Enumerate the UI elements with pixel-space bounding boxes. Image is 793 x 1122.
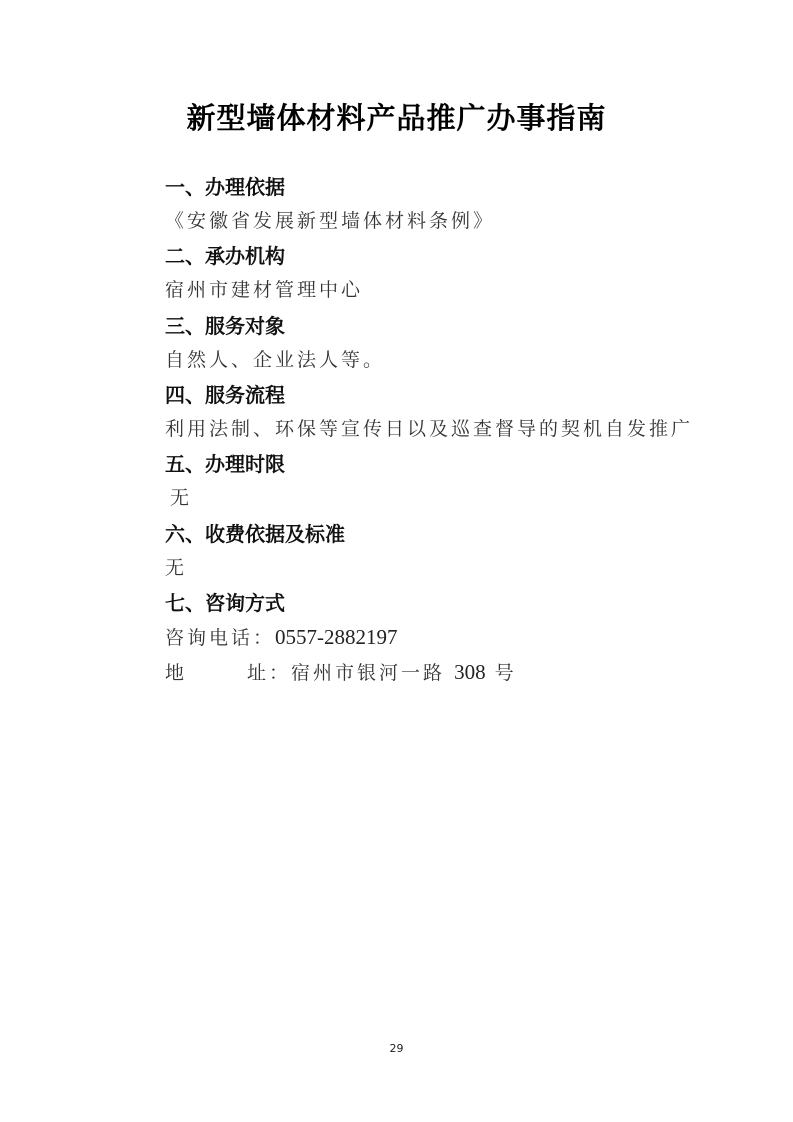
- section-fees: 六、收费依据及标准 无: [165, 517, 345, 586]
- section-content: 自然人、企业法人等。: [165, 343, 385, 378]
- section-agency: 二、承办机构 宿州市建材管理中心: [165, 239, 363, 308]
- phone-number: 0557-2882197: [275, 625, 398, 649]
- section-heading: 二、承办机构: [165, 239, 363, 273]
- address-label-first: 地: [165, 662, 187, 684]
- section-heading: 一、办理依据: [165, 170, 495, 204]
- section-heading: 六、收费依据及标准: [165, 517, 345, 551]
- contact-address-line: 地址：宿州市银河一路 308 号: [165, 655, 517, 690]
- section-content: 无: [165, 481, 285, 516]
- section-content: 宿州市建材管理中心: [165, 273, 363, 308]
- address-prefix: 宿州市银河一路: [291, 662, 445, 684]
- section-content: 无: [165, 551, 345, 586]
- section-heading: 五、办理时限: [165, 447, 285, 481]
- section-heading: 七、咨询方式: [165, 586, 517, 620]
- section-heading: 三、服务对象: [165, 309, 385, 343]
- section-basis: 一、办理依据 《安徽省发展新型墙体材料条例》: [165, 170, 495, 239]
- section-service-process: 四、服务流程 利用法制、环保等宣传日以及巡查督导的契机自发推广: [165, 378, 693, 447]
- section-time-limit: 五、办理时限 无: [165, 447, 285, 516]
- section-service-target: 三、服务对象 自然人、企业法人等。: [165, 309, 385, 378]
- section-heading: 四、服务流程: [165, 378, 693, 412]
- address-label-second: 址：: [247, 662, 291, 684]
- section-content: 《安徽省发展新型墙体材料条例》: [165, 204, 495, 239]
- phone-label: 咨询电话：: [165, 627, 275, 649]
- section-contact: 七、咨询方式 咨询电话：0557-2882197 地址：宿州市银河一路 308 …: [165, 586, 517, 690]
- document-title: 新型墙体材料产品推广办事指南: [0, 96, 793, 137]
- section-content: 利用法制、环保等宣传日以及巡查督导的契机自发推广: [165, 412, 693, 447]
- contact-phone-line: 咨询电话：0557-2882197: [165, 620, 517, 655]
- address-suffix: 号: [495, 662, 517, 684]
- address-number: 308: [454, 660, 486, 684]
- page-number: 29: [0, 1042, 793, 1055]
